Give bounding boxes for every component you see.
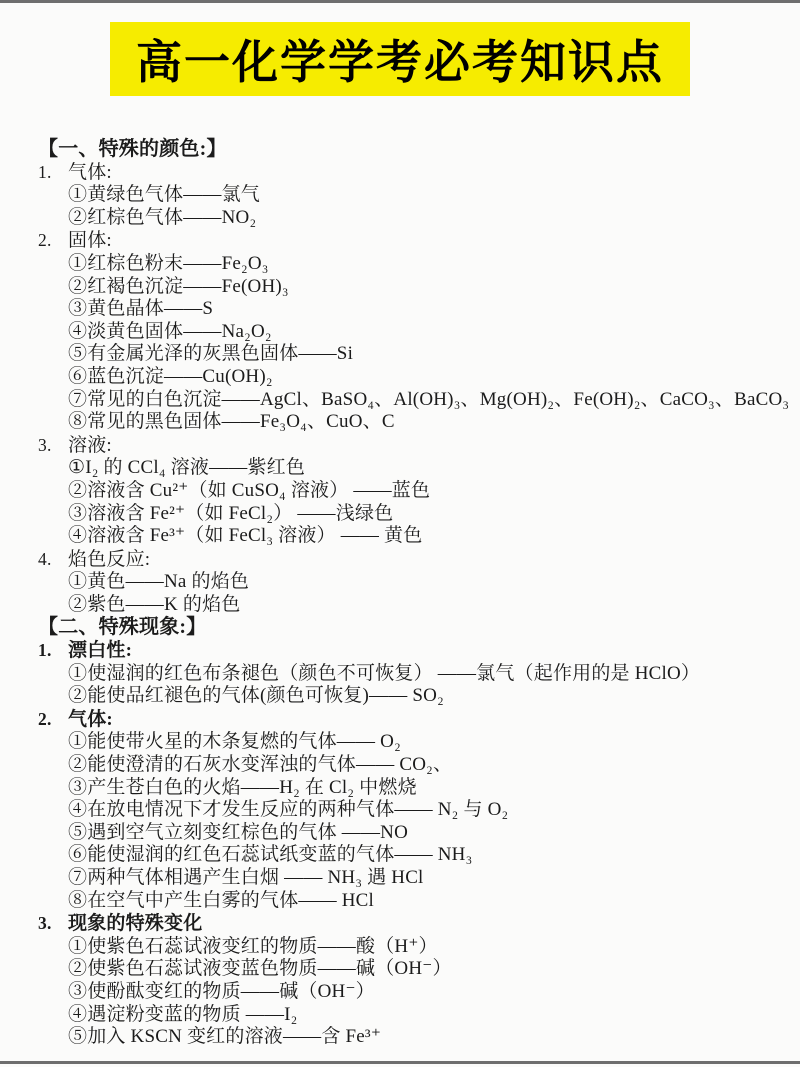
- bottom-border-line: [0, 1061, 800, 1064]
- sub-item-line: ⑥能使湿润的红色石蕊试纸变蓝的气体—— NH₃: [38, 844, 784, 867]
- list-item-number: 2.: [38, 708, 68, 731]
- sub-item-line: ⑤有金属光泽的灰黑色固体——Si: [38, 343, 784, 366]
- list-item-label: 气体:: [68, 709, 113, 732]
- title-highlight-band: 高一化学学考必考知识点: [110, 22, 690, 96]
- section-heading: 【一、特殊的颜色:】: [38, 138, 784, 161]
- sub-item-line: ②溶液含 Cu²⁺（如 CuSO₄ 溶液） ——蓝色: [38, 480, 784, 503]
- sub-item-line: ①I₂ 的 CCl₄ 溶液——紫红色: [38, 457, 784, 480]
- sub-item-line: ②红棕色气体——NO₂: [38, 207, 784, 230]
- sub-item-line: ④淡黄色固体——Na₂O₂: [38, 321, 784, 344]
- sub-item-line: ②紫色——K 的焰色: [38, 594, 784, 617]
- list-item-label: 漂白性:: [68, 640, 132, 663]
- list-item: 1.漂白性:: [38, 639, 784, 663]
- list-item-label: 气体:: [68, 162, 112, 185]
- sub-item-line: ①黄绿色气体——氯气: [38, 184, 784, 207]
- sub-item-line: ①红棕色粉末——Fe₂O₃: [38, 253, 784, 276]
- sub-item-line: ④在放电情况下才发生反应的两种气体—— N₂ 与 O₂: [38, 799, 784, 822]
- sub-item-line: ⑤加入 KSCN 变红的溶液——含 Fe³⁺: [38, 1026, 784, 1049]
- sub-item-line: ⑧在空气中产生白雾的气体—— HCl: [38, 890, 784, 913]
- sub-item-line: ①黄色——Na 的焰色: [38, 571, 784, 594]
- sub-item-line: ③产生苍白色的火焰——H₂ 在 Cl₂ 中燃烧: [38, 777, 784, 800]
- sub-item-line: ①能使带火星的木条复燃的气体—— O₂: [38, 731, 784, 754]
- sub-item-line: ④遇淀粉变蓝的物质 ——I₂: [38, 1004, 784, 1027]
- list-item-label: 溶液:: [68, 435, 112, 458]
- list-item: 2.固体:: [38, 229, 784, 253]
- sub-item-line: ⑦两种气体相遇产生白烟 —— NH₃ 遇 HCl: [38, 867, 784, 890]
- sub-item-line: ①使湿润的红色布条褪色（颜色不可恢复） ——氯气（起作用的是 HClO）: [38, 663, 784, 686]
- section-heading: 【二、特殊现象:】: [38, 616, 784, 639]
- list-item-label: 焰色反应:: [68, 549, 150, 572]
- page-title: 高一化学学考必考知识点: [136, 26, 664, 92]
- sub-item-line: ⑤遇到空气立刻变红棕色的气体 ——NO: [38, 822, 784, 845]
- sub-item-line: ⑥蓝色沉淀——Cu(OH)₂: [38, 366, 784, 389]
- sub-item-line: ④溶液含 Fe³⁺（如 FeCl₃ 溶液） —— 黄色: [38, 525, 784, 548]
- list-item: 3.溶液:: [38, 434, 784, 458]
- list-item-number: 2.: [38, 229, 68, 252]
- list-item-number: 3.: [38, 912, 68, 935]
- top-border-line: [0, 0, 800, 3]
- sub-item-line: ③溶液含 Fe²⁺（如 FeCl₂） ——浅绿色: [38, 503, 784, 526]
- sub-item-line: ⑧常见的黑色固体——Fe₃O₄、CuO、C: [38, 411, 784, 434]
- list-item: 4.焰色反应:: [38, 548, 784, 572]
- document-content: 【一、特殊的颜色:】1.气体:①黄绿色气体——氯气②红棕色气体——NO₂2.固体…: [38, 138, 784, 1049]
- sub-item-line: ③使酚酞变红的物质——碱（OH⁻）: [38, 981, 784, 1004]
- list-item-number: 3.: [38, 434, 68, 457]
- sub-item-line: ③黄色晶体——S: [38, 298, 784, 321]
- list-item-label: 固体:: [68, 230, 112, 253]
- list-item: 3.现象的特殊变化: [38, 912, 784, 936]
- sub-item-line: ①使紫色石蕊试液变红的物质——酸（H⁺）: [38, 936, 784, 959]
- list-item-number: 1.: [38, 161, 68, 184]
- sub-item-line: ②能使澄清的石灰水变浑浊的气体—— CO₂、: [38, 754, 784, 777]
- list-item-label: 现象的特殊变化: [68, 913, 202, 936]
- sub-item-line: ②使紫色石蕊试液变蓝色物质——碱（OH⁻）: [38, 958, 784, 981]
- sub-item-line: ②红褐色沉淀——Fe(OH)₃: [38, 276, 784, 299]
- sub-item-line: ②能使品红褪色的气体(颜色可恢复)—— SO₂: [38, 685, 784, 708]
- sub-item-line: ⑦常见的白色沉淀——AgCl、BaSO₄、Al(OH)₃、Mg(OH)₂、Fe(…: [38, 389, 784, 412]
- list-item: 1.气体:: [38, 161, 784, 185]
- list-item-number: 1.: [38, 639, 68, 662]
- list-item-number: 4.: [38, 548, 68, 571]
- list-item: 2.气体:: [38, 708, 784, 732]
